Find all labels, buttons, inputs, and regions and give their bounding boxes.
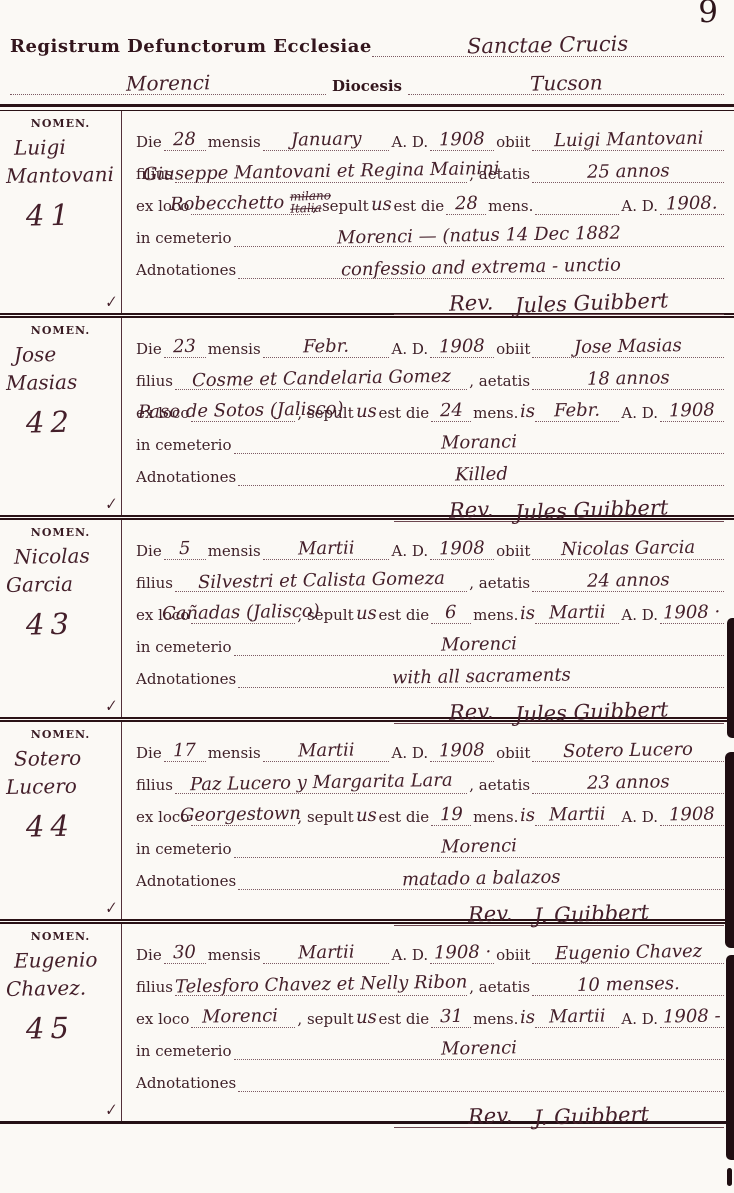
diocese-name-field: Tucson <box>408 73 724 95</box>
die-label: Die <box>136 133 162 151</box>
entry-body: Die 17 mensis Martii A. D. 1908 obiit So… <box>122 722 734 919</box>
death-year: 1908 · <box>433 944 491 964</box>
mens-label: mens. <box>473 606 518 624</box>
obiit-label: obiit <box>496 133 530 151</box>
death-day-field: 17 <box>164 742 206 762</box>
ad-label: A. D. <box>391 744 428 762</box>
scan-artifact <box>725 752 734 948</box>
checkmark: ✓ <box>103 898 119 918</box>
nomen-column: NOMEN. Nicolas Garcia 43 ✓ <box>0 520 122 717</box>
burial-month: Martii <box>549 806 606 826</box>
deceased-last-name: Lucero <box>0 775 121 798</box>
death-date-row: Die 30 mensis Martii A. D. 1908 · obiit … <box>134 932 724 964</box>
death-year-field: 1908 <box>430 742 494 762</box>
aetatis-label: , aetatis <box>469 776 530 794</box>
in-cemeterio-label: in cemeterio <box>136 638 232 656</box>
cemetery-row: in cemeterio Morenci — (natus 14 Dec 188… <box>134 215 724 247</box>
burial-row: ex loco Cañadas (Jalisco) , sepult us es… <box>134 592 724 624</box>
burial-day: 28 <box>455 195 478 214</box>
burial-year: 1908 <box>669 402 715 422</box>
register-entry: NOMEN. Nicolas Garcia 43 ✓ Die 5 mensis … <box>0 515 734 717</box>
death-date-row: Die 23 mensis Febr. A. D. 1908 obiit Jos… <box>134 326 724 358</box>
burial-month-field: Martii <box>535 1008 619 1028</box>
register-entry: NOMEN. Eugenio Chavez. 45 ✓ Die 30 mensi… <box>0 919 734 1121</box>
cemetery-field: Morenci <box>234 838 724 858</box>
burial-day-field: 31 <box>431 1008 471 1028</box>
obiit-label: obiit <box>496 946 530 964</box>
burial-year-field: 1908. <box>660 195 724 215</box>
mens-label: mens. <box>473 404 518 422</box>
ad-label-2: A. D. <box>621 404 658 422</box>
parents-row: filius Giuseppe Mantovani et Regina Main… <box>134 151 724 183</box>
parents-row: filius Telesforo Chavez et Nelly Ribon ,… <box>134 964 724 996</box>
origin-place: Georgestown <box>180 805 301 826</box>
ex-loco-label: ex loco <box>136 1010 189 1028</box>
parents-row: filius Cosme et Candelaria Gomez , aetat… <box>134 358 724 390</box>
cemetery-name: Morenci <box>441 635 517 655</box>
burial-day: 24 <box>440 402 463 421</box>
deceased-last-name: Garcia <box>0 573 121 596</box>
annotations-field <box>238 1091 724 1092</box>
mensis-label: mensis <box>208 946 261 964</box>
burial-day-field: 6 <box>431 604 471 624</box>
origin-place: Paso de Sotos (Jalisco) <box>137 400 343 422</box>
filius-label: filius <box>136 978 173 996</box>
age-value: 10 menses. <box>576 975 679 996</box>
register-entry: NOMEN. Luigi Mantovani 41 ✓ Die 28 mensi… <box>0 111 734 313</box>
origin-note-bottom: Italia <box>290 202 322 215</box>
deceased-name: Nicolas Garcia <box>561 539 695 560</box>
entry-number: 41 <box>0 199 121 232</box>
annotations-row: Adnotationes Killed <box>134 454 724 486</box>
death-day: 28 <box>173 131 196 150</box>
annotations-row: Adnotationes with all sacraments <box>134 656 724 688</box>
est-die-label: est die <box>378 1010 429 1028</box>
cemetery-name: Morenci — (natus 14 Dec 1882 <box>337 225 621 249</box>
est-die-label: est die <box>378 404 429 422</box>
mens-label: mens. <box>473 1010 518 1028</box>
cemetery-field: Moranci <box>234 434 724 454</box>
age-field: 18 annos <box>532 370 724 390</box>
ad-label: A. D. <box>391 133 428 151</box>
deceased-name-field: Sotero Lucero <box>532 742 724 762</box>
deceased-last-name: Mantovani <box>0 164 121 187</box>
header-line-2: Morenci Diocesis Tucson <box>10 73 724 95</box>
diocesis-label: Diocesis <box>332 77 402 95</box>
nomen-label: NOMEN. <box>0 117 121 130</box>
rev-label: Rev. <box>468 902 513 926</box>
death-day-field: 23 <box>164 338 206 358</box>
death-month-field: Martii <box>263 742 390 762</box>
obiit-label: obiit <box>496 542 530 560</box>
filius-label: filius <box>136 574 173 592</box>
burial-day: 31 <box>440 1008 463 1027</box>
origin-place: Robecchetto <box>170 194 285 215</box>
parents-names: Silvestri et Calista Gomeza <box>197 570 444 593</box>
est-die-label: est die <box>378 606 429 624</box>
mensis-label: mensis <box>208 340 261 358</box>
burial-month-field: Martii <box>535 604 619 624</box>
church-name: Sanctae Crucis <box>467 33 629 58</box>
cemetery-row: in cemeterio Morenci <box>134 1028 724 1060</box>
death-year: 1908 <box>439 742 485 762</box>
deceased-first-name: Sotero <box>0 747 121 770</box>
adnotationes-label: Adnotationes <box>136 872 236 890</box>
burial-day: 6 <box>445 604 457 623</box>
deceased-last-name: Masias <box>0 371 121 394</box>
annotations-text: confessio and extrema - unctio <box>341 257 621 281</box>
die-label: Die <box>136 946 162 964</box>
burial-year: 1908 <box>669 806 715 826</box>
priest-signature: J. Guibbert <box>534 1103 650 1129</box>
ad-label-2: A. D. <box>621 808 658 826</box>
aetatis-label: , aetatis <box>469 574 530 592</box>
mensis-label: mensis <box>208 133 261 151</box>
death-year-field: 1908 · <box>430 944 494 964</box>
death-month: Martii <box>298 540 355 560</box>
burial-year-field: 1908 <box>660 806 724 826</box>
entry-body: Die 30 mensis Martii A. D. 1908 · obiit … <box>122 924 734 1121</box>
deceased-name: Eugenio Chavez <box>554 943 702 964</box>
ad-label-2: A. D. <box>621 606 658 624</box>
deceased-name: Jose Masias <box>574 337 682 358</box>
register-entry: NOMEN. Sotero Lucero 44 ✓ Die 17 mensis … <box>0 717 734 919</box>
origin-place: Cañadas (Jalisco) <box>161 603 319 625</box>
mens-suffix: is <box>520 403 535 422</box>
signature-row: Rev. J. Guibbert <box>134 1092 724 1128</box>
parents-field: Paz Lucero y Margarita Lara <box>175 774 467 794</box>
age-field: 24 annos <box>532 572 724 592</box>
deceased-first-name: Nicolas <box>0 545 121 568</box>
die-label: Die <box>136 744 162 762</box>
scan-artifact <box>726 955 734 1160</box>
sepult-label: , sepult <box>297 1010 353 1028</box>
death-date-row: Die 28 mensis January A. D. 1908 obiit L… <box>134 119 724 151</box>
ad-label-2: A. D. <box>621 197 658 215</box>
signature-field: Rev. Jules Guibbert <box>394 701 724 724</box>
nomen-column: NOMEN. Eugenio Chavez. 45 ✓ <box>0 924 122 1121</box>
mens-label: mens. <box>488 197 533 215</box>
age-value: 18 annos <box>587 369 670 389</box>
burial-day-field: 24 <box>431 402 471 422</box>
death-day: 23 <box>173 338 196 357</box>
aetatis-label: , aetatis <box>469 978 530 996</box>
die-label: Die <box>136 542 162 560</box>
deceased-name: Luigi Mantovani <box>553 130 703 151</box>
origin-place: Morenci <box>202 1007 278 1027</box>
signature-row: Rev. J. Guibbert <box>134 890 724 926</box>
adnotationes-label: Adnotationes <box>136 468 236 486</box>
parents-row: filius Paz Lucero y Margarita Lara , aet… <box>134 762 724 794</box>
burial-year: 1908 · <box>663 604 721 624</box>
rev-label: Rev. <box>449 700 494 724</box>
parents-field: Silvestri et Calista Gomeza <box>175 572 467 592</box>
mens-suffix: is <box>520 1009 535 1028</box>
entry-number: 42 <box>0 406 121 439</box>
page-number: 9 <box>698 0 718 30</box>
origin-place-field: Paso de Sotos (Jalisco) <box>191 402 295 422</box>
parents-names: Cosme et Candelaria Gomez <box>191 368 450 391</box>
est-die-label: est die <box>393 197 444 215</box>
death-year: 1908 <box>439 131 485 151</box>
header-separator-rule <box>0 104 734 111</box>
filius-label: filius <box>136 372 173 390</box>
obiit-label: obiit <box>496 340 530 358</box>
mens-suffix: is <box>520 605 535 624</box>
burial-year: 1908. <box>666 195 718 215</box>
cemetery-field: Morenci — (natus 14 Dec 1882 <box>234 227 724 247</box>
death-month: January <box>291 131 362 151</box>
signature-field: Rev. Jules Guibbert <box>394 499 724 522</box>
cemetery-row: in cemeterio Morenci <box>134 826 724 858</box>
death-year-field: 1908 <box>430 540 494 560</box>
death-date-row: Die 5 mensis Martii A. D. 1908 obiit Nic… <box>134 528 724 560</box>
deceased-first-name: Eugenio <box>0 949 121 972</box>
death-year-field: 1908 <box>430 131 494 151</box>
death-year: 1908 <box>439 338 485 358</box>
parents-names: Giuseppe Mantovani et Regina Mainini <box>143 160 500 185</box>
diocese-name: Tucson <box>530 72 603 94</box>
burial-row: ex loco Robecchetto milano Italia , sepu… <box>134 183 724 215</box>
mens-suffix: is <box>520 807 535 826</box>
header-line-1: Registrum Defunctorum Ecclesiae Sanctae … <box>10 34 724 57</box>
origin-place-field: Morenci <box>191 1008 295 1028</box>
checkmark: ✓ <box>103 494 119 514</box>
death-day-field: 28 <box>164 131 206 151</box>
annotations-text: Killed <box>454 466 507 486</box>
priest-signature: J. Guibbert <box>534 901 650 927</box>
age-value: 24 annos <box>587 571 670 591</box>
deceased-name-field: Nicolas Garcia <box>532 540 724 560</box>
sepult-label: , sepult <box>297 808 353 826</box>
burial-month: Martii <box>549 1008 606 1028</box>
entry-body: Die 5 mensis Martii A. D. 1908 obiit Nic… <box>122 520 734 717</box>
ad-label: A. D. <box>391 340 428 358</box>
age-value: 23 annos <box>587 773 670 793</box>
burial-day: 19 <box>440 806 463 825</box>
origin-place-field: Georgestown <box>191 806 295 826</box>
cemetery-field: Morenci <box>234 636 724 656</box>
sepult-suffix: us <box>355 807 376 826</box>
deceased-name-field: Luigi Mantovani <box>532 131 724 151</box>
sepult-suffix: us <box>355 605 376 624</box>
rev-label: Rev. <box>449 498 494 522</box>
death-day-field: 30 <box>164 944 206 964</box>
deceased-first-name: Luigi <box>0 136 121 159</box>
death-month: Martii <box>298 742 355 762</box>
priest-signature: Jules Guibbert <box>515 496 669 523</box>
burial-year-field: 1908 - <box>660 1008 724 1028</box>
annotations-field: Killed <box>238 466 724 486</box>
annotations-field: with all sacraments <box>238 668 724 688</box>
signature-field: Rev. J. Guibbert <box>394 1105 724 1128</box>
cemetery-row: in cemeterio Morenci <box>134 624 724 656</box>
burial-month: Martii <box>549 604 606 624</box>
burial-row: ex loco Paso de Sotos (Jalisco) , sepult… <box>134 390 724 422</box>
age-field: 25 annos <box>532 163 724 183</box>
entry-body: Die 28 mensis January A. D. 1908 obiit L… <box>122 111 734 313</box>
entry-body: Die 23 mensis Febr. A. D. 1908 obiit Jos… <box>122 318 734 515</box>
scan-artifact <box>727 1168 732 1186</box>
register-entry: NOMEN. Jose Masias 42 ✓ Die 23 mensis Fe… <box>0 313 734 515</box>
nomen-column: NOMEN. Sotero Lucero 44 ✓ <box>0 722 122 919</box>
register-header: Registrum Defunctorum Ecclesiae Sanctae … <box>0 0 734 95</box>
parents-field: Giuseppe Mantovani et Regina Mainini <box>175 163 467 183</box>
nomen-column: NOMEN. Jose Masias 42 ✓ <box>0 318 122 515</box>
annotations-text: matado a balazos <box>402 869 561 891</box>
priest-signature: Jules Guibbert <box>515 698 669 725</box>
death-day-field: 5 <box>164 540 206 560</box>
burial-month-field: Martii <box>535 806 619 826</box>
church-name-field: Sanctae Crucis <box>372 34 724 57</box>
cemetery-row: in cemeterio Moranci <box>134 422 724 454</box>
adnotationes-label: Adnotationes <box>136 1074 236 1092</box>
age-field: 10 menses. <box>532 976 724 996</box>
checkmark: ✓ <box>103 1100 119 1120</box>
parish-name: Morenci <box>126 72 211 94</box>
burial-year: 1908 - <box>663 1008 721 1028</box>
filius-label: filius <box>136 776 173 794</box>
ad-label: A. D. <box>391 946 428 964</box>
mensis-label: mensis <box>208 542 261 560</box>
adnotationes-label: Adnotationes <box>136 261 236 279</box>
nomen-label: NOMEN. <box>0 930 121 943</box>
nomen-label: NOMEN. <box>0 728 121 741</box>
parents-names: Paz Lucero y Margarita Lara <box>190 772 453 795</box>
death-day: 17 <box>173 742 196 761</box>
deceased-name: Sotero Lucero <box>563 741 693 762</box>
parents-field: Telesforo Chavez et Nelly Ribon <box>175 976 467 996</box>
deceased-name-field: Eugenio Chavez <box>532 944 724 964</box>
annotations-field: matado a balazos <box>238 870 724 890</box>
mens-label: mens. <box>473 808 518 826</box>
entry-number: 43 <box>0 608 121 641</box>
burial-day-field: 28 <box>446 195 486 215</box>
nomen-label: NOMEN. <box>0 324 121 337</box>
obiit-label: obiit <box>496 744 530 762</box>
parents-names: Telesforo Chavez et Nelly Ribon <box>175 974 468 998</box>
burial-year-field: 1908 <box>660 402 724 422</box>
checkmark: ✓ <box>103 292 119 312</box>
register-page: 9 Registrum Defunctorum Ecclesiae Sancta… <box>0 0 734 1193</box>
origin-place-field: Robecchetto milano Italia <box>191 190 310 215</box>
deceased-last-name: Chavez. <box>0 977 121 1000</box>
aetatis-label: , aetatis <box>469 372 530 390</box>
parish-name-field: Morenci <box>10 73 326 95</box>
age-value: 25 annos <box>587 162 670 182</box>
burial-month-field <box>535 214 619 215</box>
burial-year-field: 1908 · <box>660 604 724 624</box>
entry-number: 45 <box>0 1012 121 1045</box>
rev-label: Rev. <box>449 291 494 315</box>
burial-row: ex loco Georgestown , sepult us est die … <box>134 794 724 826</box>
death-month-field: Martii <box>263 540 390 560</box>
death-month: Febr. <box>303 338 349 358</box>
death-date-row: Die 17 mensis Martii A. D. 1908 obiit So… <box>134 730 724 762</box>
cemetery-name: Morenci <box>441 837 517 857</box>
death-month-field: January <box>263 131 390 151</box>
priest-signature: Jules Guibbert <box>515 289 669 316</box>
parents-field: Cosme et Candelaria Gomez <box>175 370 467 390</box>
signature-row: Rev. Jules Guibbert <box>134 486 724 522</box>
sepult-suffix: us <box>355 403 376 422</box>
in-cemeterio-label: in cemeterio <box>136 840 232 858</box>
cemetery-name: Morenci <box>441 1039 517 1059</box>
register-title: Registrum Defunctorum Ecclesiae <box>10 36 372 57</box>
entries-container: NOMEN. Luigi Mantovani 41 ✓ Die 28 mensi… <box>0 111 734 1121</box>
sepult-suffix: us <box>370 196 391 215</box>
signature-field: Rev. J. Guibbert <box>394 903 724 926</box>
deceased-first-name: Jose <box>0 343 121 366</box>
die-label: Die <box>136 340 162 358</box>
death-month-field: Febr. <box>263 338 390 358</box>
parents-row: filius Silvestri et Calista Gomeza , aet… <box>134 560 724 592</box>
burial-month-field: Febr. <box>535 402 619 422</box>
age-field: 23 annos <box>532 774 724 794</box>
ad-label-2: A. D. <box>621 1010 658 1028</box>
in-cemeterio-label: in cemeterio <box>136 1042 232 1060</box>
death-day: 30 <box>173 944 196 963</box>
in-cemeterio-label: in cemeterio <box>136 436 232 454</box>
cemetery-field: Morenci <box>234 1040 724 1060</box>
death-month: Martii <box>298 944 355 964</box>
signature-field: Rev. Jules Guibbert <box>394 292 724 315</box>
annotations-row: Adnotationes matado a balazos <box>134 858 724 890</box>
sepult-suffix: us <box>355 1009 376 1028</box>
burial-day-field: 19 <box>431 806 471 826</box>
checkmark: ✓ <box>103 696 119 716</box>
nomen-label: NOMEN. <box>0 526 121 539</box>
death-year: 1908 <box>439 540 485 560</box>
in-cemeterio-label: in cemeterio <box>136 229 232 247</box>
origin-place-field: Cañadas (Jalisco) <box>191 604 295 624</box>
annotations-text: with all sacraments <box>392 667 571 689</box>
death-year-field: 1908 <box>430 338 494 358</box>
est-die-label: est die <box>378 808 429 826</box>
death-day: 5 <box>179 540 191 559</box>
cemetery-name: Moranci <box>441 433 517 453</box>
death-month-field: Martii <box>263 944 390 964</box>
annotations-field: confessio and extrema - unctio <box>238 259 724 279</box>
adnotationes-label: Adnotationes <box>136 670 236 688</box>
burial-row: ex loco Morenci , sepult us est die 31 m… <box>134 996 724 1028</box>
signature-row: Rev. Jules Guibbert <box>134 279 724 315</box>
origin-place-note: milano Italia <box>290 189 332 214</box>
ad-label: A. D. <box>391 542 428 560</box>
annotations-row: Adnotationes <box>134 1060 724 1092</box>
entry-number: 44 <box>0 810 121 843</box>
mensis-label: mensis <box>208 744 261 762</box>
burial-month: Febr. <box>554 402 600 422</box>
nomen-column: NOMEN. Luigi Mantovani 41 ✓ <box>0 111 122 313</box>
signature-row: Rev. Jules Guibbert <box>134 688 724 724</box>
rev-label: Rev. <box>468 1104 513 1128</box>
scan-artifact <box>727 618 734 738</box>
annotations-row: Adnotationes confessio and extrema - unc… <box>134 247 724 279</box>
deceased-name-field: Jose Masias <box>532 338 724 358</box>
